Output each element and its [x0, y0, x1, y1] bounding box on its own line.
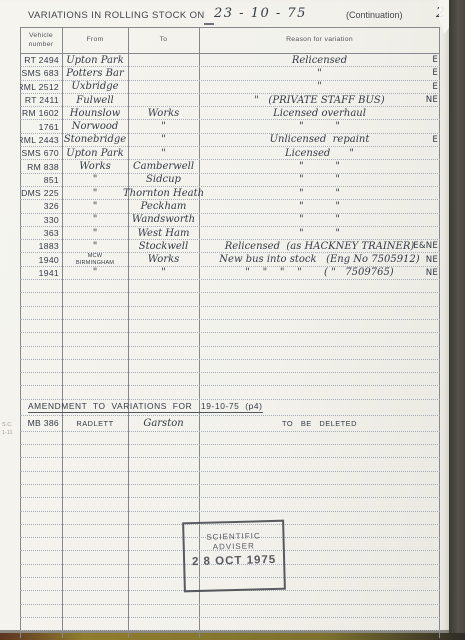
cell-from-text: ": [93, 188, 98, 199]
empty-ruled-row: [20, 458, 440, 471]
cell-from-text: Fulwell: [76, 95, 113, 106]
licence-status-code: NE: [426, 255, 438, 265]
table-row: RM 838WorksCamberwell" ": [20, 160, 440, 173]
cell-reason-text: Relicensed: [292, 55, 347, 66]
table-header-row: Vehicle number From To Reason for variat…: [20, 28, 440, 54]
cell-vehicle: RT 2411: [20, 94, 62, 106]
table-row: 851"Sidcup" ": [20, 174, 440, 187]
cell-vehicle: 330: [20, 214, 62, 226]
cell-from: ": [62, 214, 128, 226]
cell-to: [128, 54, 199, 66]
licence-status-code: NE: [426, 95, 438, 105]
stamp-line2: ADVISER: [185, 541, 283, 553]
cell-from-text: Norwood: [72, 121, 119, 132]
table-row: 1883"StockwellRelicensed (as HACKNEY TRA…: [20, 240, 440, 253]
empty-ruled-row: [20, 333, 440, 346]
licence-status-code: E: [432, 82, 438, 92]
cell-from: Works: [62, 160, 128, 172]
cell-to-text: Sidcup: [146, 174, 181, 185]
cell-to: Wandsworth: [128, 214, 199, 226]
licence-status-code: E: [432, 68, 438, 78]
cell-reason-text: " (PRIVATE STAFF BUS): [254, 95, 384, 106]
licence-status-code: E: [432, 55, 438, 65]
empty-ruled-row: [20, 432, 440, 445]
cell-vehicle: 1761: [20, 120, 62, 132]
cell-vehicle: 326: [20, 200, 62, 212]
cell-from-text: ": [93, 267, 98, 278]
cell-reason: " " " " ( " 7509765)NE: [199, 267, 440, 279]
table-row: 1940MCW BIRMINGHAMWorksNew bus into stoc…: [20, 253, 440, 266]
cell-from: RADLETT: [62, 416, 128, 431]
handwritten-date: 23 - 10 - 75: [214, 6, 307, 21]
empty-ruled-row: [20, 293, 440, 306]
table-row: SMS 683Potters Bar"E: [20, 67, 440, 80]
cell-from: ": [62, 240, 128, 252]
cell-vehicle: RM 838: [20, 160, 62, 172]
empty-ruled-row: [20, 320, 440, 333]
cell-to-text: ": [161, 148, 166, 159]
cell-reason-text: ": [317, 81, 322, 92]
cell-to: Thornton Heath: [128, 187, 199, 199]
empty-ruled-row: [20, 347, 440, 360]
cell-reason-text: " ": [299, 121, 340, 132]
cell-to: Garston: [128, 416, 199, 431]
cell-from: Potters Bar: [62, 67, 128, 79]
cell-reason: " ": [199, 120, 440, 132]
cell-from-text: Upton Park: [66, 55, 124, 66]
cell-vehicle: RML 2443: [20, 134, 62, 146]
cell-to: [128, 94, 199, 106]
empty-ruled-row: [20, 280, 440, 293]
cell-vehicle: 1883: [20, 240, 62, 252]
table-row: 1941""" " " " ( " 7509765)NE: [20, 267, 440, 280]
header-from: From: [62, 28, 128, 53]
amendment-heading-text: AMENDMENT TO VARIATIONS FOR 19-10-75 (p4…: [28, 401, 263, 413]
cell-reason-text: " ": [299, 214, 340, 225]
cell-vehicle: RM 1602: [20, 107, 62, 119]
table-row: SMS 670Upton Park"Licensed ": [20, 147, 440, 160]
licence-status-code: NE: [426, 268, 438, 278]
empty-ruled-row: [20, 307, 440, 320]
empty-ruled-row: [20, 485, 440, 498]
cell-reason: New bus into stock (Eng No 7505912)NE: [199, 253, 440, 265]
cell-to: Works: [128, 107, 199, 119]
licence-status-code: E&NE: [413, 241, 438, 251]
cell-to: Works: [128, 253, 199, 265]
cell-reason: " ": [199, 214, 440, 226]
table-row: RM 1602HounslowWorksLicensed overhaul: [20, 107, 440, 120]
table-row: 330"Wandsworth" ": [20, 214, 440, 227]
cell-from-text: Works: [79, 161, 111, 172]
cell-reason: " ": [199, 160, 440, 172]
cell-vehicle: SMS 683: [20, 67, 62, 79]
amendment-heading-row: AMENDMENT TO VARIATIONS FOR 19-10-75 (p4…: [20, 400, 440, 416]
cell-to-text: Thornton Heath: [123, 188, 204, 199]
table-row: DMS 225"Thornton Heath" ": [20, 187, 440, 200]
cell-from-text: Hounslow: [70, 108, 121, 119]
cell-from-text: ": [93, 228, 98, 239]
cell-vehicle: RML 2512: [20, 81, 62, 93]
table-row: 1761Norwood"" ": [20, 120, 440, 133]
table-row: RML 2512Uxbridge"E: [20, 81, 440, 94]
empty-ruled-row: [20, 631, 440, 638]
cell-to-text: ": [161, 267, 166, 278]
cell-from: Stonebridge: [62, 134, 128, 146]
cell-to-text: Wandsworth: [132, 214, 195, 225]
cell-from: ": [62, 187, 128, 199]
cell-from-text: ": [93, 201, 98, 212]
cell-to: Sidcup: [128, 174, 199, 186]
cell-to: ": [128, 120, 199, 132]
cell-from: ": [62, 227, 128, 239]
empty-ruled-row: [20, 605, 440, 618]
cell-to: [128, 81, 199, 93]
empty-ruled-row: [20, 445, 440, 458]
cell-from: Norwood: [62, 120, 128, 132]
cell-from-text: ": [93, 214, 98, 225]
table-row: MB 386RADLETTGarstonTO BE DELETED: [20, 416, 440, 432]
cell-to-text: Garston: [143, 418, 183, 429]
cell-reason: Relicensed (as HACKNEY TRAINER)E&NE: [199, 240, 440, 252]
cell-from: Fulwell: [62, 94, 128, 106]
header-to: To: [128, 28, 199, 53]
pencil-margin-note: S.C. 1-11: [2, 421, 13, 438]
page-header: VARIATIONS IN ROLLING STOCK ON 23 - 10 -…: [28, 8, 440, 24]
cell-to-text: Stockwell: [139, 241, 188, 252]
cell-vehicle: 1941: [20, 267, 62, 279]
table-row: 363"West Ham" ": [20, 227, 440, 240]
cell-reason-text: Relicensed (as HACKNEY TRAINER): [225, 241, 415, 252]
cell-reason-text: " ": [299, 188, 340, 199]
cell-reason: "E: [199, 67, 440, 79]
date-underline-mark: [204, 23, 214, 25]
cell-vehicle: RT 2494: [20, 54, 62, 66]
cell-from-text: Upton Park: [66, 148, 124, 159]
cell-from-text: Uxbridge: [71, 81, 118, 92]
cell-to: Stockwell: [128, 240, 199, 252]
cell-from: MCW BIRMINGHAM: [62, 253, 128, 265]
cell-reason: " ": [199, 227, 440, 239]
cell-from: Uxbridge: [62, 81, 128, 93]
header-vehicle-number: Vehicle number: [20, 28, 62, 53]
cell-vehicle: DMS 225: [20, 187, 62, 199]
page-background: VARIATIONS IN ROLLING STOCK ON 23 - 10 -…: [0, 0, 449, 640]
cell-reason: Licensed overhaul: [199, 107, 440, 119]
empty-ruled-row: [20, 386, 440, 399]
cell-to: Peckham: [128, 200, 199, 212]
scanned-ledger-page: VARIATIONS IN ROLLING STOCK ON 23 - 10 -…: [0, 0, 465, 640]
cell-reason-text: " ": [299, 174, 340, 185]
empty-ruled-row: [20, 591, 440, 604]
cell-reason: " (PRIVATE STAFF BUS)NE: [199, 94, 440, 106]
cell-reason-text: Licensed overhaul: [273, 108, 366, 119]
cell-reason-text: Licensed ": [285, 148, 354, 159]
empty-ruled-row: [20, 373, 440, 386]
table-row: RT 2411Fulwell" (PRIVATE STAFF BUS)NE: [20, 94, 440, 107]
cell-to-text: West Ham: [138, 228, 190, 239]
cell-reason: " ": [199, 200, 440, 212]
cell-from: Upton Park: [62, 54, 128, 66]
cell-to-text: Peckham: [141, 201, 187, 212]
cell-vehicle: MB 386: [20, 416, 62, 431]
cell-reason: Licensed ": [199, 147, 440, 159]
cell-reason-text: New bus into stock (Eng No 7505912): [219, 254, 419, 265]
cell-reason-text: ": [317, 68, 322, 79]
cell-to: ": [128, 267, 199, 279]
empty-ruled-row: [20, 472, 440, 485]
cell-vehicle: 363: [20, 227, 62, 239]
cell-reason: "E: [199, 81, 440, 93]
cell-reason-text: " ": [299, 228, 340, 239]
cell-reason: " ": [199, 187, 440, 199]
cell-from-text: RADLETT: [76, 419, 113, 428]
cell-vehicle: SMS 670: [20, 147, 62, 159]
cell-reason: Unlicensed repaintE: [199, 134, 440, 146]
cell-to: West Ham: [128, 227, 199, 239]
licence-status-code: E: [432, 135, 438, 145]
scan-backing-right: [449, 0, 465, 640]
stamp-date: 2 8 OCT 1975: [185, 554, 283, 569]
cell-reason-text: " " " " ( " 7509765): [245, 267, 393, 278]
empty-ruled-row: [20, 360, 440, 373]
continuation-label: (Continuation): [346, 10, 403, 20]
cell-from: ": [62, 174, 128, 186]
cell-from-text: MCW BIRMINGHAM: [76, 253, 114, 266]
empty-ruled-row: [20, 618, 440, 631]
cell-from: Upton Park: [62, 147, 128, 159]
cell-from-text: Potters Bar: [66, 68, 123, 79]
empty-ruled-row: [20, 498, 440, 511]
cell-to-text: Works: [148, 108, 180, 119]
header-reason: Reason for variation: [199, 28, 440, 53]
cell-to: [128, 67, 199, 79]
cell-from-text: ": [93, 241, 98, 252]
cell-vehicle: 851: [20, 174, 62, 186]
cell-reason: TO BE DELETED: [199, 416, 440, 431]
scientific-adviser-stamp: SCIENTIFIC ADVISER 2 8 OCT 1975: [182, 520, 286, 593]
cell-from: ": [62, 267, 128, 279]
cell-from: Hounslow: [62, 107, 128, 119]
cell-to: ": [128, 134, 199, 146]
table-row: RML 2443Stonebridge"Unlicensed repaintE: [20, 134, 440, 147]
table-row: RT 2494Upton ParkRelicensedE: [20, 54, 440, 67]
cell-to-text: Camberwell: [133, 161, 194, 172]
cell-to-text: ": [161, 134, 166, 145]
cell-to-text: ": [161, 121, 166, 132]
cell-reason-text: TO BE DELETED: [282, 419, 357, 428]
cell-to: ": [128, 147, 199, 159]
cell-from-text: Stonebridge: [64, 134, 126, 145]
cell-reason: RelicensedE: [199, 54, 440, 66]
cell-reason: " ": [199, 174, 440, 186]
cell-from: ": [62, 200, 128, 212]
page-title: VARIATIONS IN ROLLING STOCK ON: [28, 10, 205, 21]
table-row: 326"Peckham" ": [20, 200, 440, 213]
cell-reason-text: Unlicensed repaint: [270, 134, 370, 145]
cell-reason-text: " ": [299, 161, 340, 172]
cell-to-text: Works: [148, 254, 180, 265]
cell-reason-text: " ": [299, 201, 340, 212]
cell-from-text: ": [93, 174, 98, 185]
cell-vehicle: 1940: [20, 253, 62, 265]
cell-to: Camberwell: [128, 160, 199, 172]
